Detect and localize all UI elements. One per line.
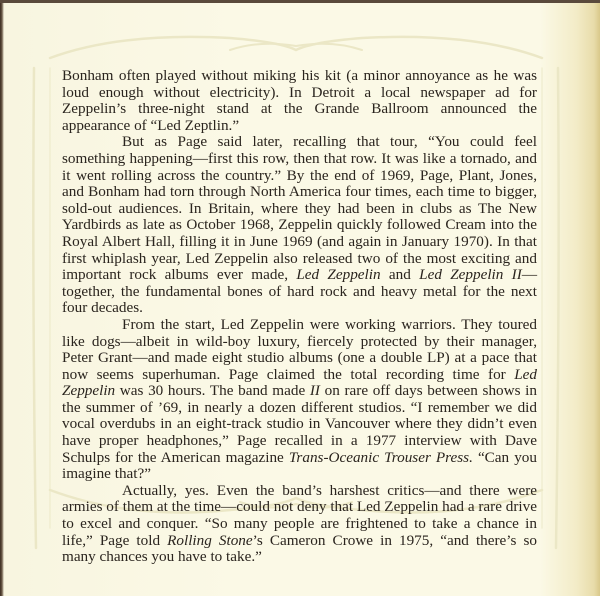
- text-run: From the start, Led Zeppelin were workin…: [62, 316, 537, 383]
- italic-title: Trans-Oceanic Trouser Press.: [289, 449, 473, 466]
- body-text: Bonham often played without miking his k…: [62, 68, 537, 566]
- paragraph: From the start, Led Zeppelin were workin…: [62, 317, 537, 483]
- italic-title: II: [310, 382, 320, 399]
- paragraph: Bonham often played without miking his k…: [62, 68, 537, 134]
- text-run: was 30 hours. The band made: [115, 382, 310, 399]
- text-run: But as Page said later, recalling that t…: [62, 133, 537, 283]
- paragraph: Actually, yes. Even the band’s harshest …: [62, 483, 537, 566]
- text-run: Bonham often played without miking his k…: [62, 67, 537, 134]
- text-run: and: [381, 266, 420, 283]
- paragraph: But as Page said later, recalling that t…: [62, 134, 537, 317]
- italic-title: Led Zeppelin II: [419, 266, 522, 283]
- booklet-page: Bonham often played without miking his k…: [0, 0, 600, 596]
- page-top-edge: [0, 0, 600, 3]
- italic-title: Rolling Stone: [167, 532, 253, 549]
- italic-title: Led Zeppelin: [296, 266, 380, 283]
